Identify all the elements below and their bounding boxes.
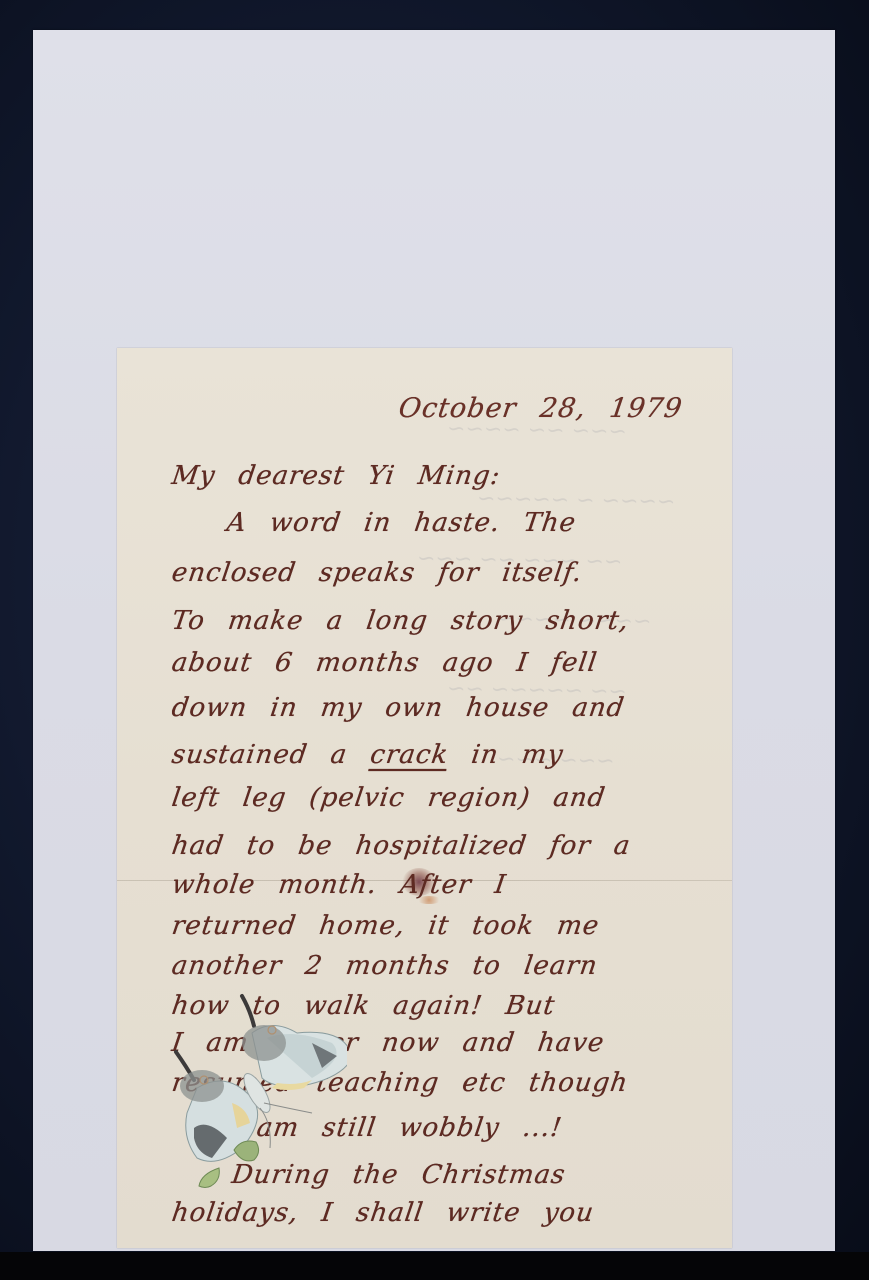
leaf-icon bbox=[197, 1166, 223, 1190]
letter-line: another 2 months to learn bbox=[170, 951, 600, 981]
letter-line: To make a long story short, bbox=[170, 606, 631, 636]
letter-date: October 28, 1979 bbox=[397, 393, 685, 424]
letter-line: left leg (pelvic region) and bbox=[170, 783, 608, 813]
letter-line: about 6 months ago I fell bbox=[170, 648, 599, 678]
letter-text: in my bbox=[469, 740, 565, 770]
letter-sheet: ~~~ ~~ ~~~~ ~~~~ ~ ~~~~~ ~~ ~~~ ~~ ~~~ ~… bbox=[117, 348, 732, 1248]
letter-line: returned home, it took me bbox=[170, 911, 602, 941]
frame-bottom-edge bbox=[0, 1252, 869, 1280]
leaf-icon bbox=[232, 1138, 264, 1164]
underlined-word: crack bbox=[368, 740, 450, 770]
letter-line: whole month. After I bbox=[170, 870, 508, 900]
letter-line: holidays, I shall write you bbox=[170, 1198, 596, 1228]
letter-line: A word in haste. The bbox=[225, 508, 578, 538]
letter-text: sustained a bbox=[170, 740, 349, 770]
letter-line: sustained a crack in my bbox=[170, 740, 565, 770]
letter-line: enclosed speaks for itself. bbox=[170, 558, 584, 588]
letter-salutation: My dearest Yi Ming: bbox=[170, 461, 503, 491]
letter-line: down in my own house and bbox=[170, 693, 627, 723]
letter-line: had to be hospitalized for a bbox=[170, 831, 633, 861]
